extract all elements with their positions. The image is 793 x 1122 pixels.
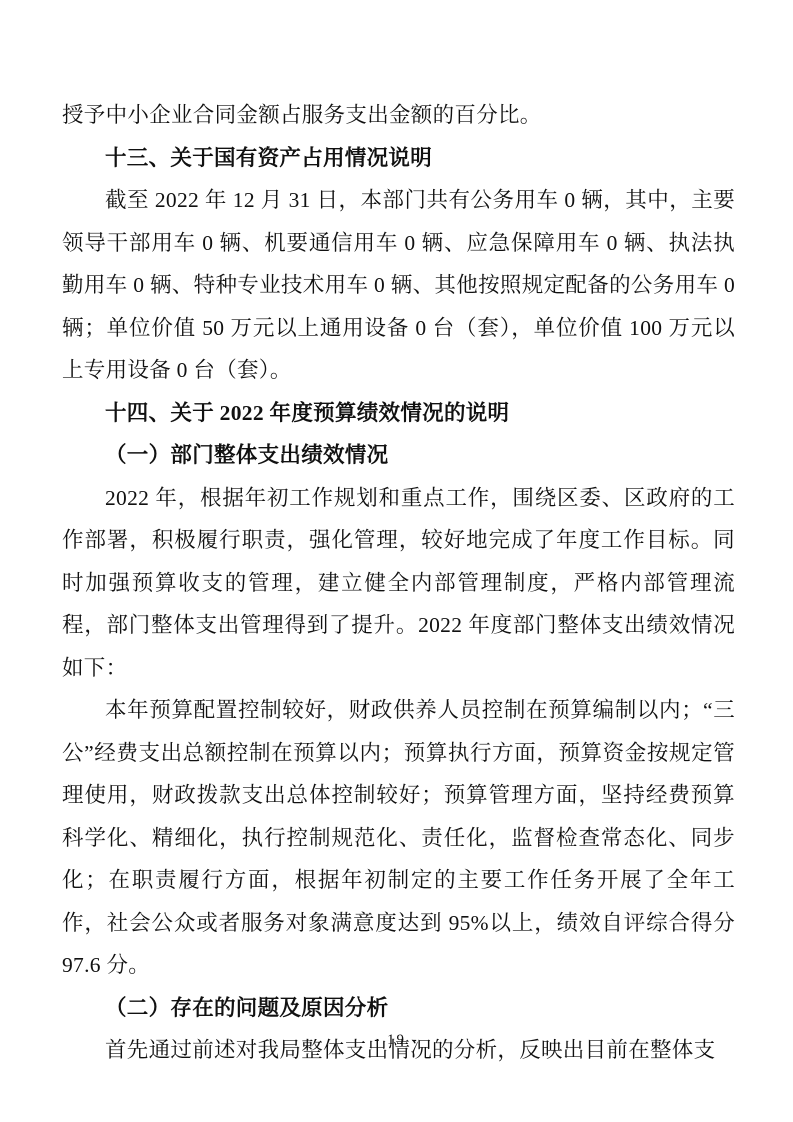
document-content: 授予中小企业合同金额占服务支出金额的百分比。十三、关于国有资产占用情况说明截至 … [62,94,735,1072]
section-heading: 十三、关于国有资产占用情况说明 [62,137,735,180]
continuation-paragraph: 授予中小企业合同金额占服务支出金额的百分比。 [62,94,735,137]
sub-heading: （二）存在的问题及原因分析 [62,987,735,1030]
body-paragraph: 截至 2022 年 12 月 31 日，本部门共有公务用车 0 辆，其中，主要领… [62,179,735,392]
sub-heading: （一）部门整体支出绩效情况 [62,434,735,477]
section-heading: 十四、关于 2022 年度预算绩效情况的说明 [62,392,735,435]
body-paragraph: 本年预算配置控制较好，财政供养人员控制在预算编制以内；“三公”经费支出总额控制在… [62,689,735,987]
document-page: 授予中小企业合同金额占服务支出金额的百分比。十三、关于国有资产占用情况说明截至 … [0,0,793,1122]
body-paragraph: 2022 年，根据年初工作规划和重点工作，围绕区委、区政府的工作部署，积极履行职… [62,477,735,690]
page-number: - 19 - [0,1030,793,1050]
